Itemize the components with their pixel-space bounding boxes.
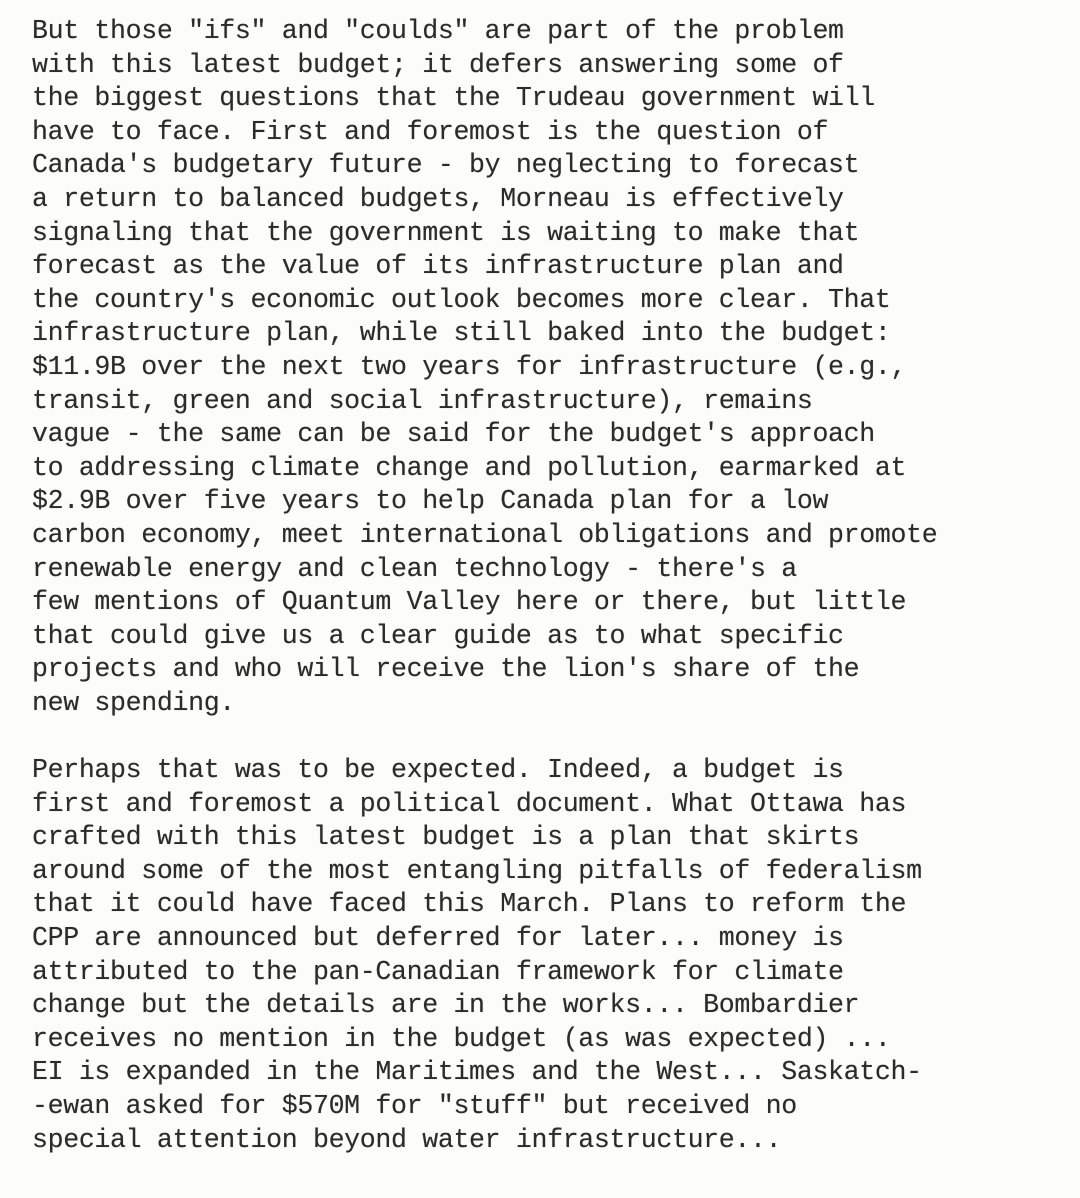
text-line: new spending. <box>32 687 937 721</box>
text-line: Canada's budgetary future - by neglectin… <box>32 149 937 183</box>
text-line: $11.9B over the next two years for infra… <box>32 351 937 385</box>
text-line: EI is expanded in the Maritimes and the … <box>32 1056 922 1090</box>
text-line: attributed to the pan-Canadian framework… <box>32 956 922 990</box>
text-line: Perhaps that was to be expected. Indeed,… <box>32 754 922 788</box>
text-line: first and foremost a political document.… <box>32 788 922 822</box>
text-line: But those "ifs" and "coulds" are part of… <box>32 15 937 49</box>
text-line: carbon economy, meet international oblig… <box>32 519 937 553</box>
text-line: forecast as the value of its infrastruct… <box>32 250 937 284</box>
text-line: a return to balanced budgets, Morneau is… <box>32 183 937 217</box>
text-line: infrastructure plan, while still baked i… <box>32 317 937 351</box>
text-line: change but the details are in the works.… <box>32 989 922 1023</box>
text-line: around some of the most entangling pitfa… <box>32 855 922 889</box>
text-line: that it could have faced this March. Pla… <box>32 888 922 922</box>
text-line: transit, green and social infrastructure… <box>32 385 937 419</box>
text-line: the biggest questions that the Trudeau g… <box>32 82 937 116</box>
text-line: signaling that the government is waiting… <box>32 217 937 251</box>
text-line: to addressing climate change and polluti… <box>32 452 937 486</box>
text-line: $2.9B over five years to help Canada pla… <box>32 485 937 519</box>
text-line: few mentions of Quantum Valley here or t… <box>32 586 937 620</box>
text-line: crafted with this latest budget is a pla… <box>32 821 922 855</box>
text-line: CPP are announced but deferred for later… <box>32 922 922 956</box>
paragraph-budget-deferrals: But those "ifs" and "coulds" are part of… <box>32 15 937 720</box>
text-line: the country's economic outlook becomes m… <box>32 284 937 318</box>
text-line: receives no mention in the budget (as wa… <box>32 1023 922 1057</box>
text-line: special attention beyond water infrastru… <box>32 1124 922 1158</box>
paragraph-political-document: Perhaps that was to be expected. Indeed,… <box>32 754 922 1157</box>
text-line: vague - the same can be said for the bud… <box>32 418 937 452</box>
typewritten-page: But those "ifs" and "coulds" are part of… <box>0 0 1080 1198</box>
text-line: projects and who will receive the lion's… <box>32 653 937 687</box>
text-line: with this latest budget; it defers answe… <box>32 49 937 83</box>
text-line: -ewan asked for $570M for "stuff" but re… <box>32 1090 922 1124</box>
text-line: have to face. First and foremost is the … <box>32 116 937 150</box>
text-line: renewable energy and clean technology - … <box>32 553 937 587</box>
text-line: that could give us a clear guide as to w… <box>32 620 937 654</box>
